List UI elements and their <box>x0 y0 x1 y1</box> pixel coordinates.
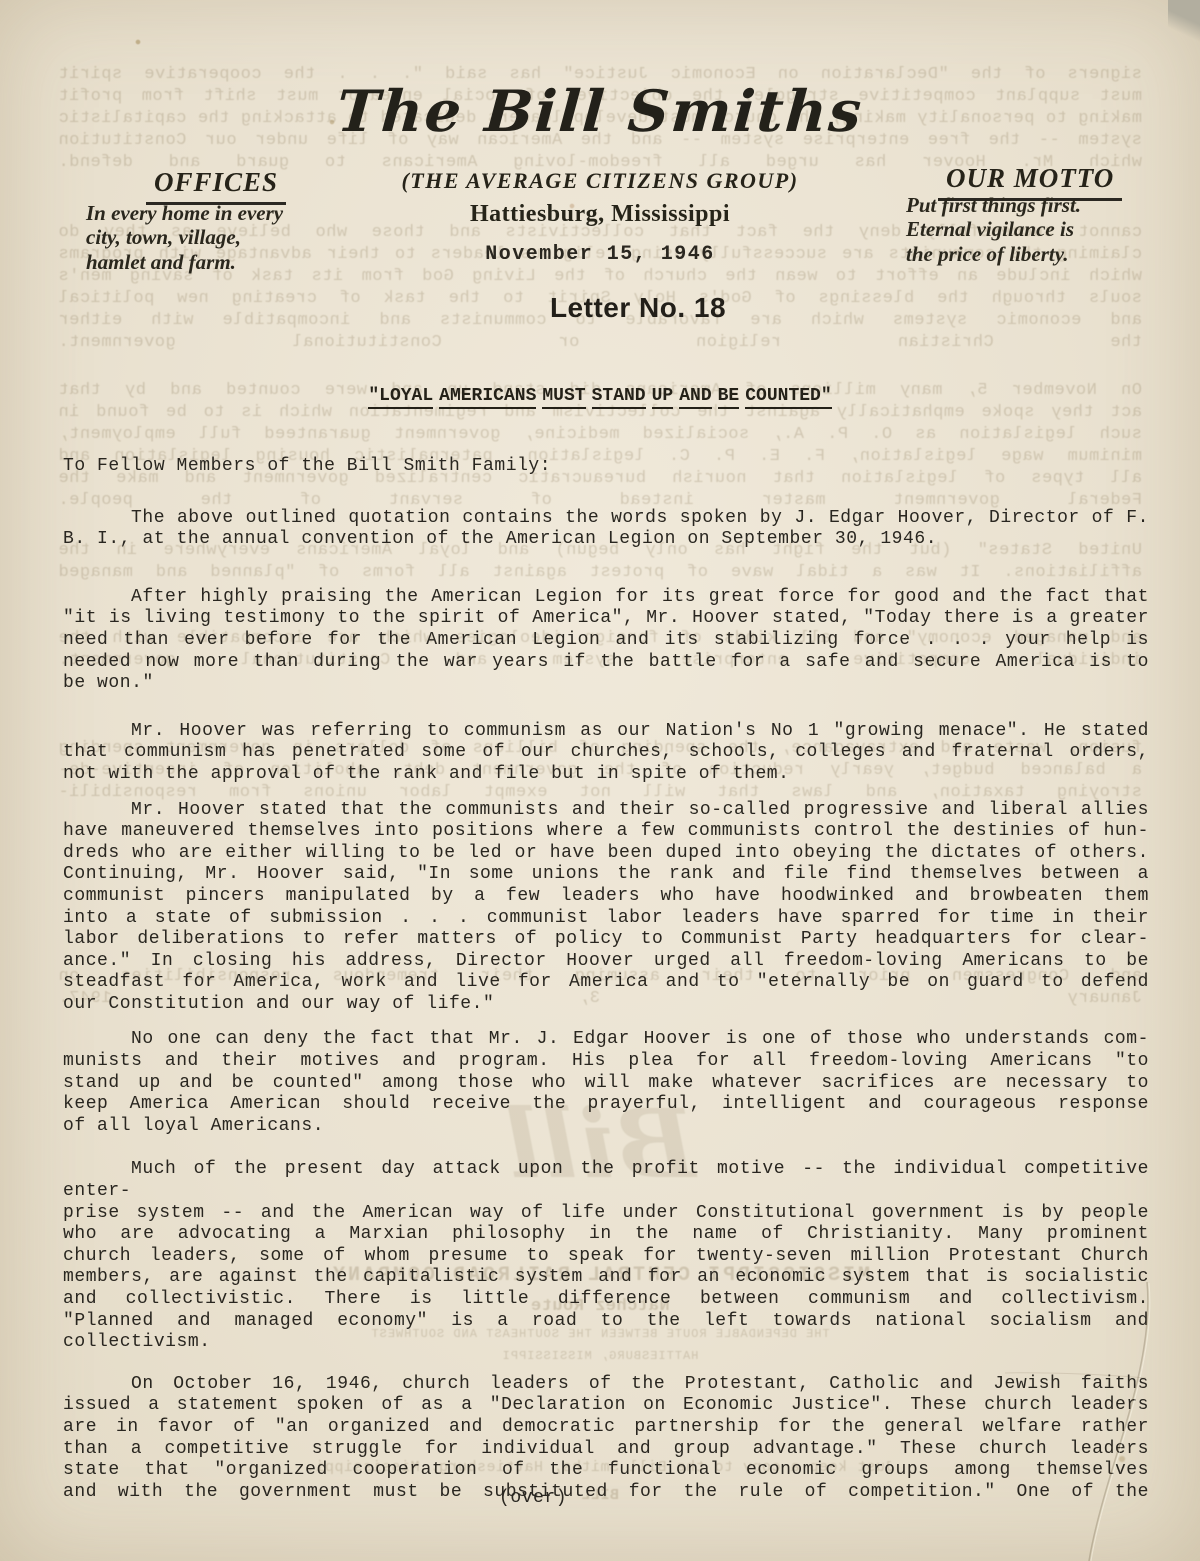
text-line: prise system -- and the American way of … <box>63 1203 1149 1225</box>
greeting-line: To Fellow Members of the Bill Smith Fami… <box>63 456 1149 478</box>
heading-word: AND <box>679 386 711 409</box>
text-line: B. I., at the annual convention of the A… <box>63 529 1149 551</box>
text-line: and collectivistic. There is little diff… <box>63 1289 1149 1311</box>
letter-heading: "LOYALAMERICANSMUSTSTANDUPANDBECOUNTED" <box>0 386 1200 409</box>
text-line: steadfast for America, work and live for… <box>63 972 1149 994</box>
paragraph: The above outlined quotation contains th… <box>63 508 1149 551</box>
text-line: our Constitution and our way of life." <box>63 994 1149 1016</box>
text-line: need than ever before for the American L… <box>63 630 1149 652</box>
motto-text: Put first things first.Eternal vigilance… <box>906 193 1081 266</box>
text-line: The above outlined quotation contains th… <box>63 508 1149 530</box>
text-line: not with the approval of the rank and fi… <box>63 764 1149 786</box>
text-line: into a state of submission . . . communi… <box>63 908 1149 930</box>
text-line: dreds who are either willing to be led o… <box>63 843 1149 865</box>
text-line: labor deliberations to refer matters of … <box>63 929 1149 951</box>
text-line: state that "organized cooperation of the… <box>63 1460 1149 1482</box>
text-line: "it is living testimony to the spirit of… <box>63 608 1149 630</box>
text-line: keep America American should receive the… <box>63 1094 1149 1116</box>
letter-body: To Fellow Members of the Bill Smith Fami… <box>63 456 1149 1503</box>
motto-line: the price of liberty. <box>906 242 1081 266</box>
paragraph: After highly praising the American Legio… <box>63 587 1149 695</box>
heading-word: AMERICANS <box>439 386 536 409</box>
text-line: communist pincers manipulated by a few l… <box>63 886 1149 908</box>
text-line: stand up and be counted" among those who… <box>63 1073 1149 1095</box>
text-line: be won." <box>63 673 1149 695</box>
offices-label: OFFICES <box>146 167 286 205</box>
text-line: who are advocating a Marxian philosophy … <box>63 1224 1149 1246</box>
bleedthrough-line: the Christian religion or Constitutional… <box>58 332 1142 353</box>
text-line: munists and their motives and program. H… <box>63 1051 1149 1073</box>
text-line: of all loyal Americans. <box>63 1116 1149 1138</box>
letter-number: Letter No. 18 <box>38 292 1200 324</box>
text-line: than a competitive struggle for individu… <box>63 1439 1149 1461</box>
text-line: collectivism. <box>63 1332 1149 1354</box>
text-line: Much of the present day attack upon the … <box>63 1159 1149 1202</box>
org-name: The Bill Smiths <box>0 78 1200 145</box>
paragraph: Mr. Hoover was referring to communism as… <box>63 721 1149 786</box>
text-line: ance." In closing his address, Director … <box>63 951 1149 973</box>
paragraph: On October 16, 1946, church leaders of t… <box>63 1374 1149 1504</box>
text-line: Continuing, Mr. Hoover said, "In some un… <box>63 864 1149 886</box>
text-line: have maneuvered themselves into position… <box>63 821 1149 843</box>
heading-word: UP <box>652 386 674 409</box>
text-line: church leaders, some of whom presume to … <box>63 1246 1149 1268</box>
text-line: After highly praising the American Legio… <box>63 587 1149 609</box>
text-line: and with the government must be substitu… <box>63 1482 1149 1504</box>
text-line: needed now more than during the war year… <box>63 652 1149 674</box>
text-line: are in favor of "an organized and democr… <box>63 1417 1149 1439</box>
text-line: that communism has penetrated some of ou… <box>63 742 1149 764</box>
motto-line: Put first things first. <box>906 193 1081 217</box>
bleedthrough-line: such legislation as O. P. A., socialized… <box>58 424 1142 445</box>
heading-word: "LOYAL <box>368 386 433 409</box>
over-footer: (over) <box>499 1488 567 1508</box>
paragraph: Much of the present day attack upon the … <box>63 1159 1149 1353</box>
text-line: Mr. Hoover was referring to communism as… <box>63 721 1149 743</box>
text-line: No one can deny the fact that Mr. J. Edg… <box>63 1029 1149 1051</box>
heading-word: COUNTED" <box>745 386 831 409</box>
text-line: members, are against the capitalistic sy… <box>63 1267 1149 1289</box>
text-line: issued a statement spoken of as a "Decla… <box>63 1395 1149 1417</box>
motto-line: Eternal vigilance is <box>906 217 1081 241</box>
text-line: "Planned and managed economy" is a road … <box>63 1311 1149 1333</box>
text-line: Mr. Hoover stated that the communists an… <box>63 800 1149 822</box>
folded-corner <box>1168 0 1200 62</box>
heading-word: STAND <box>592 386 646 409</box>
paragraphs: The above outlined quotation contains th… <box>63 508 1149 1504</box>
heading-word: BE <box>718 386 740 409</box>
document-page: signers of the "Declaration on Economic … <box>0 0 1200 1561</box>
text-line: On October 16, 1946, church leaders of t… <box>63 1374 1149 1396</box>
paragraph: Mr. Hoover stated that the communists an… <box>63 800 1149 1016</box>
paragraph: No one can deny the fact that Mr. J. Edg… <box>63 1029 1149 1137</box>
heading-word: MUST <box>542 386 585 409</box>
